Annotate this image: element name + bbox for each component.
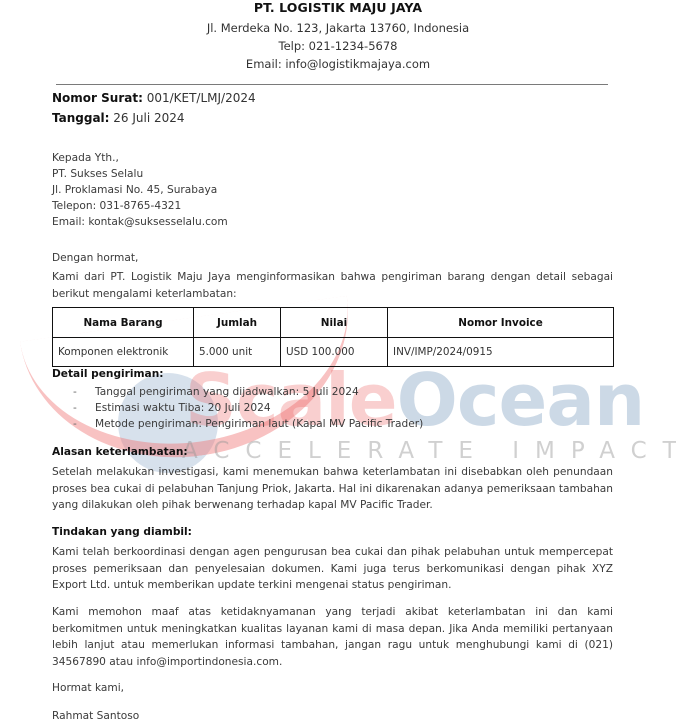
letter-content: PT. LOGISTIK MAJU JAYA Jl. Merdeka No. 1…: [0, 0, 676, 723]
company-phone: Telp: 021-1234-5678: [0, 39, 676, 53]
recipient-name: PT. Sukses Selalu: [52, 168, 143, 180]
recipient-address: Jl. Proklamasi No. 45, Surabaya: [52, 184, 217, 196]
table-row: Komponen elektronik 5.000 unit USD 100.0…: [53, 338, 614, 367]
reason-heading: Alasan keterlambatan:: [52, 446, 188, 458]
table-cell: INV/IMP/2024/0915: [388, 338, 614, 367]
apology-paragraph: Kami memohon maaf atas ketidaknyamanan y…: [52, 604, 613, 670]
letter-date-label: Tanggal:: [52, 111, 109, 125]
reason-paragraph: Setelah melakukan investigasi, kami mene…: [52, 464, 613, 514]
salutation: Dengan hormat,: [52, 252, 138, 264]
list-item-text: Metode pengiriman: Pengiriman laut (Kapa…: [95, 418, 423, 430]
shipment-table: Nama Barang Jumlah Nilai Nomor Invoice K…: [52, 307, 614, 367]
company-email: Email: info@logistikmajaya.com: [0, 57, 676, 71]
table-cell: USD 100.000: [281, 338, 388, 367]
list-item-text: Tanggal pengiriman yang dijadwalkan: 5 J…: [95, 386, 359, 398]
closing: Hormat kami,: [52, 682, 124, 694]
company-name: PT. LOGISTIK MAJU JAYA: [0, 0, 676, 15]
action-heading: Tindakan yang diambil:: [52, 526, 192, 538]
bullet-dash: -: [73, 386, 95, 398]
column-header: Nomor Invoice: [388, 308, 614, 338]
recipient-greeting: Kepada Yth.,: [52, 152, 119, 164]
table-cell: 5.000 unit: [194, 338, 281, 367]
list-item: -Metode pengiriman: Pengiriman laut (Kap…: [73, 418, 423, 430]
letter-number-value: 001/KET/LMJ/2024: [147, 91, 256, 105]
list-item-text: Estimasi waktu Tiba: 20 Juli 2024: [95, 402, 271, 414]
table-header-row: Nama Barang Jumlah Nilai Nomor Invoice: [53, 308, 614, 338]
column-header: Nama Barang: [53, 308, 194, 338]
letter-date: Tanggal: 26 Juli 2024: [52, 111, 185, 125]
list-item: -Tanggal pengiriman yang dijadwalkan: 5 …: [73, 386, 359, 398]
letter-date-value: 26 Juli 2024: [113, 111, 184, 125]
bullet-dash: -: [73, 418, 95, 430]
list-item: -Estimasi waktu Tiba: 20 Juli 2024: [73, 402, 271, 414]
recipient-phone: Telepon: 031-8765-4321: [52, 200, 181, 212]
company-address: Jl. Merdeka No. 123, Jakarta 13760, Indo…: [0, 21, 676, 35]
column-header: Jumlah: [194, 308, 281, 338]
shipping-heading: Detail pengiriman:: [52, 368, 164, 380]
column-header: Nilai: [281, 308, 388, 338]
intro-paragraph: Kami dari PT. Logistik Maju Jaya menginf…: [52, 269, 613, 302]
signatory-name: Rahmat Santoso: [52, 710, 139, 722]
letter-number: Nomor Surat: 001/KET/LMJ/2024: [52, 91, 256, 105]
recipient-email: Email: kontak@suksesselalu.com: [52, 216, 228, 228]
table-cell: Komponen elektronik: [53, 338, 194, 367]
letter-page: ScaleOcean ACCELERATE IMPACT PT. LOGISTI…: [0, 0, 676, 723]
letter-number-label: Nomor Surat:: [52, 91, 143, 105]
bullet-dash: -: [73, 402, 95, 414]
action-paragraph: Kami telah berkoordinasi dengan agen pen…: [52, 544, 613, 594]
header-divider: [56, 84, 608, 85]
